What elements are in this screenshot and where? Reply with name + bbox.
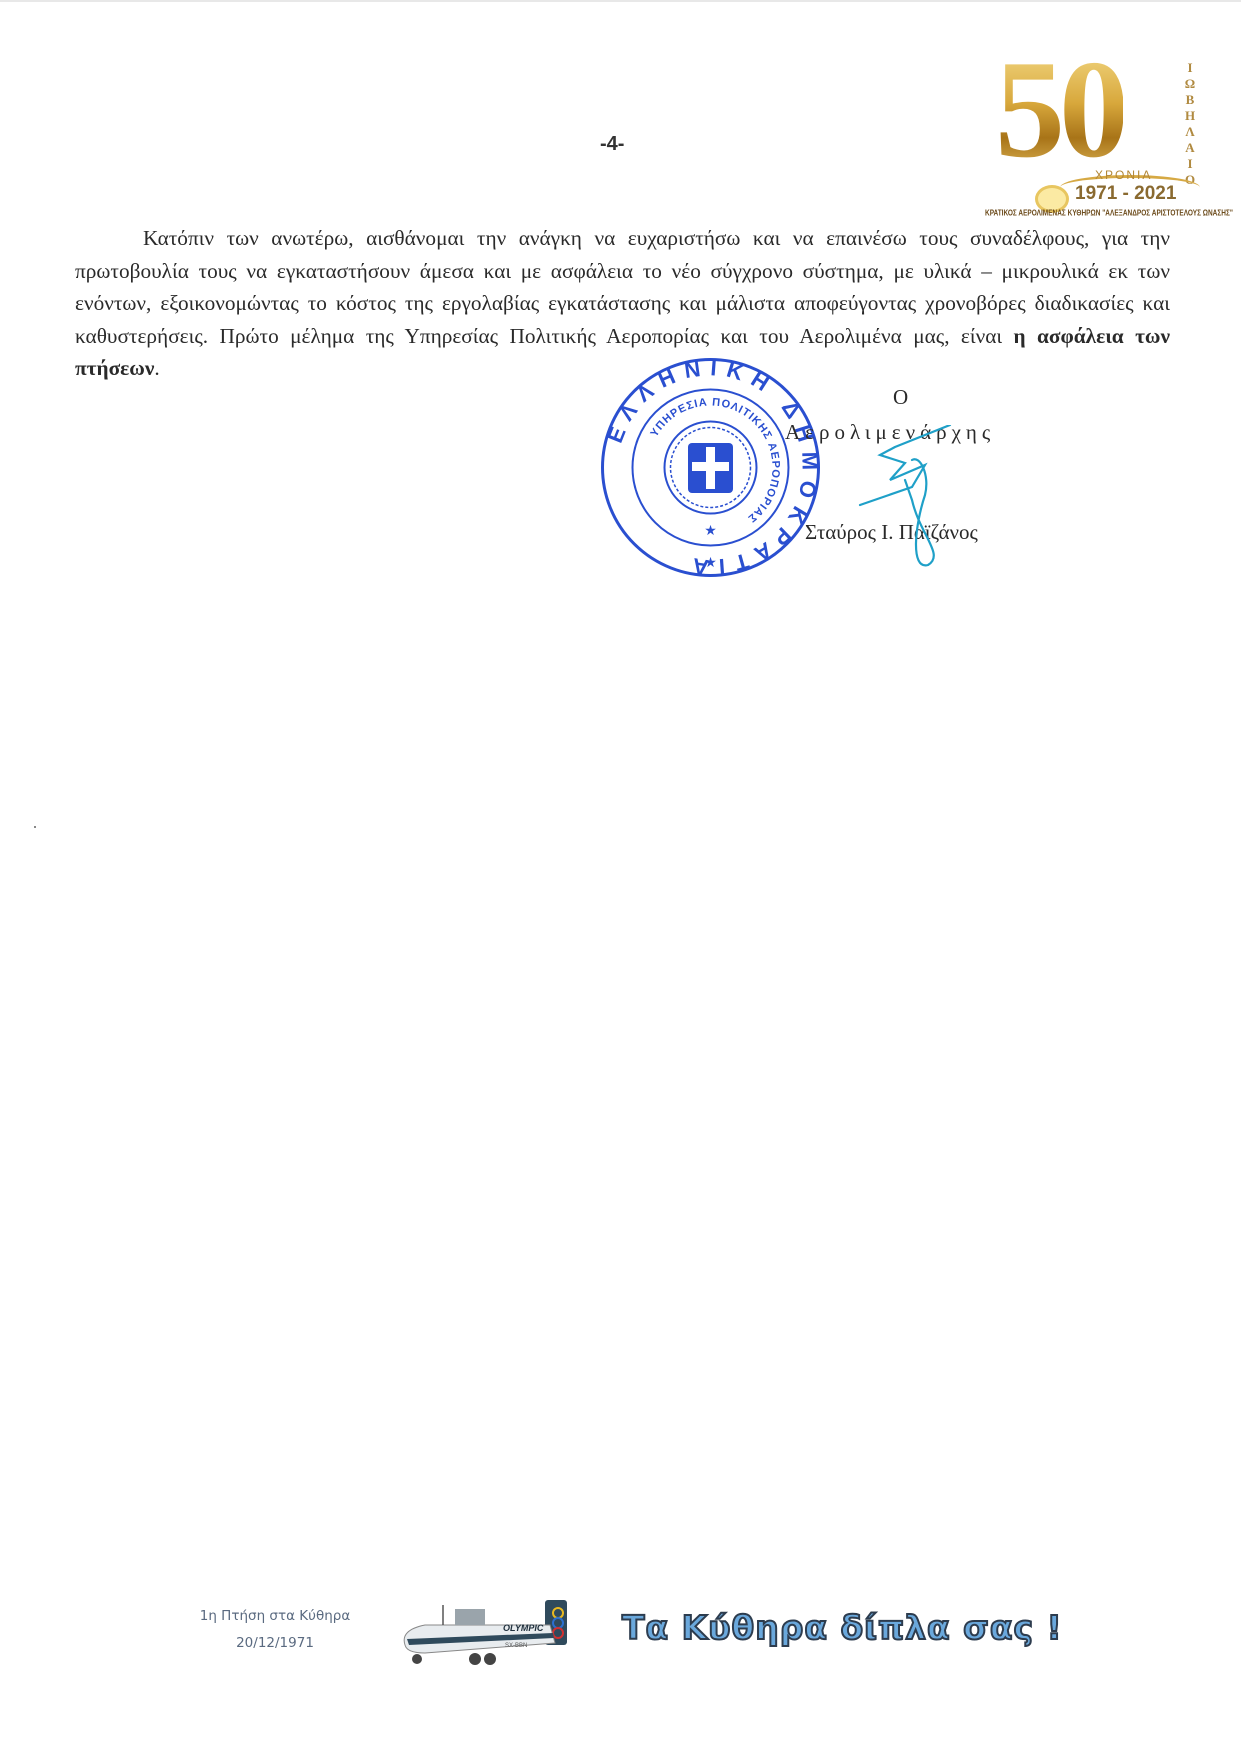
scan-speck [34, 826, 36, 828]
svg-text:★: ★ [704, 524, 717, 539]
signature-article: Ο [893, 385, 908, 410]
logo-letter: Β [1183, 92, 1197, 108]
paragraph-text: Κατόπιν των ανωτέρω, αισθάνομαι την ανάγ… [75, 226, 1170, 348]
logo-number: 50 [995, 40, 1123, 180]
logo-letter: Ι [1183, 156, 1197, 172]
paragraph-end: . [154, 356, 159, 380]
logo-caption: ΚΡΑΤΙΚΟΣ ΑΕΡΟΛΙΜΕΝΑΣ ΚΥΘΗΡΩΝ "ΑΛΕΞΑΝΔΡΟΣ… [985, 209, 1215, 218]
svg-text:SX-BBN: SX-BBN [505, 1643, 527, 1649]
first-flight-label: 1η Πτήση στα Κύθηρα [195, 1603, 355, 1630]
logo-letter: Λ [1183, 124, 1197, 140]
svg-text:OLYMPIC: OLYMPIC [503, 1623, 544, 1633]
logo-years: 1971 - 2021 [1075, 183, 1176, 205]
scan-edge-line [0, 0, 1241, 2]
first-flight-date: 20/12/1971 [195, 1630, 355, 1657]
svg-text:★: ★ [704, 556, 717, 571]
logo-letter: Η [1183, 108, 1197, 124]
logo-letter: Α [1183, 140, 1197, 156]
handwritten-signature-icon [850, 425, 970, 570]
olympic-airplane-icon: OLYMPIC SX-BBN [395, 1595, 575, 1670]
logo-letter: Ι [1183, 60, 1197, 76]
anniversary-logo: 50 ΙΩΒΗΛΑΙΟ ΧΡΟΝΙΑ 1971 - 2021 ΚΡΑΤΙΚΟΣ … [985, 40, 1215, 225]
logo-subtitle: ΧΡΟΝΙΑ [1095, 168, 1152, 182]
first-flight-caption: 1η Πτήση στα Κύθηρα 20/12/1971 [195, 1603, 355, 1657]
logo-letter: Ω [1183, 76, 1197, 92]
page-number: -4- [600, 133, 624, 156]
logo-vertical-text: ΙΩΒΗΛΑΙΟ [1183, 60, 1197, 188]
slogan: Τα Κύθηρα δίπλα σας ! [622, 1608, 1063, 1647]
official-stamp-icon: ΕΛΛΗΝΙΚΗ ΔΗΜΟΚΡΑΤΙΑ ΥΠΗΡΕΣΙΑ ΠΟΛΙΤΙΚΗΣ Α… [598, 355, 823, 580]
